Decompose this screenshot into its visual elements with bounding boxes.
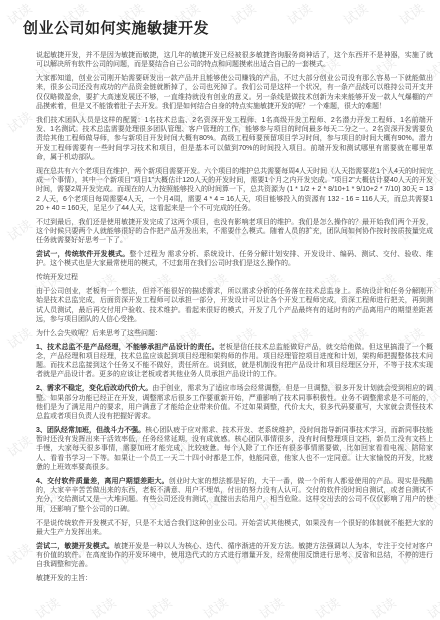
document-page: 试读试读试读试读试读试读试读试读试读试读试读试读试读试读试读试读试读试读试读试读…	[0, 0, 440, 620]
paragraph-lead: 4、交付软件质量差，离用户期望差距大。	[36, 478, 169, 485]
page-title: 创业公司如何实施敏捷开发	[23, 17, 432, 38]
paragraph-text: 不是说传统软件开发模式不好，只是不太适合我们这种创业公司。开始尝试其他模式，如果…	[36, 520, 433, 536]
paragraph-text: 我们技术团队人员是这样的配置：1名技术总监、2名资深开发工程师、1名高级开发工程…	[36, 117, 433, 161]
paragraph: 不过到最后，我们还是使用敏捷开发完成了这两个项目，也没有影响老项目的维护。我们是…	[36, 218, 433, 246]
paragraph-text: 不过到最后，我们还是使用敏捷开发完成了这两个项目，也没有影响老项目的维护。我们是…	[36, 219, 433, 245]
watermark-text: 试读	[3, 106, 35, 136]
paragraph: 尝试二，敏捷开发模式。敏捷开发是一种以人为核心、迭代、循序渐进的开发方法。敏捷方…	[36, 542, 433, 570]
watermark-text: 试读	[311, 592, 343, 620]
paragraph: 大家都知道，创业公司刚开始需要研发出一款产品并且能够使公司赚钱的产品，不过大部分…	[36, 74, 433, 111]
watermark-text: 试读	[3, 538, 35, 568]
paragraph: 传统开发过程	[36, 273, 433, 282]
paragraph-text: 由于公司创业，老板有一个想法，但并不能很好的描述需求，所以需求分析的任务落在技术…	[36, 288, 433, 323]
paragraph: 为什么会失败呢？后来思考了这些问题：	[36, 329, 433, 338]
watermark-text: 试读	[199, 592, 231, 620]
paragraph: 我们技术团队人员是这样的配置：1名技术总监、2名资深开发工程师、1名高级开发工程…	[36, 116, 433, 162]
paragraph-lead: 尝试一，传统软件开发模式。	[36, 251, 129, 258]
watermark-text: 试读	[3, 214, 35, 244]
watermark-text: 试读	[3, 430, 35, 460]
watermark-text: 试读	[143, 592, 175, 620]
paragraph: 不是说传统软件开发模式不好，只是不太适合我们这种创业公司。开始尝试其他模式，如果…	[36, 519, 433, 538]
paragraph: 现在总共有六个老项目在维护，两个新项目需要开发。六个项目的维护总共需要每周4人天…	[36, 167, 433, 213]
paragraph: 尝试一，传统软件开发模式。整个过程为 需求分析、系统设计、任务分解计划安排、开发…	[36, 250, 433, 269]
paragraph: 2、需求不稳定，变化后改动代价大。由于创业，需求为了适应市场会经常调整，但是一旦…	[36, 384, 433, 421]
watermark-text: 试读	[87, 592, 119, 620]
paragraph-lead: 尝试二，敏捷开发模式。	[36, 543, 114, 550]
paragraph: 3、团队经常加班，但战斗力不强。核心团队疲于应对需求、技术开发、老系统维护，没时…	[36, 426, 433, 472]
document-body: 说起敏捷开发，并不是因为敏捷而敏捷，这几年的敏捷开发已经被很多敏捷咨询服务商神话…	[36, 51, 433, 583]
watermark-text: 试读	[31, 592, 63, 620]
paragraph: 敏捷开发的主旨：	[36, 574, 433, 583]
paragraph-text: 说起敏捷开发，并不是因为敏捷而敏捷，这几年的敏捷开发已经被很多敏捷咨询服务商神话…	[36, 52, 433, 68]
watermark-text: 试读	[255, 592, 287, 620]
watermark-text: 试读	[3, 322, 35, 352]
paragraph: 4、交付软件质量差，离用户期望差距大。创业时大家的想法都是好的，大干一番，做一个…	[36, 477, 433, 514]
paragraph-text: 敏捷开发的主旨：	[36, 575, 92, 582]
paragraph-text: 现在总共有六个老项目在维护，两个新项目需要开发。六个项目的维护总共需要每周4人天…	[36, 168, 433, 212]
watermark-text: 试读	[423, 592, 440, 620]
paragraph-lead: 2、需求不稳定，变化后改动代价大。	[36, 385, 152, 392]
paragraph-text: 大家都知道，创业公司刚开始需要研发出一款产品并且能够使公司赚钱的产品，不过大部分…	[36, 75, 433, 110]
watermark-text: 试读	[367, 592, 399, 620]
paragraph-lead: 3、团队经常加班，但战斗力不强。	[36, 427, 145, 434]
paragraph: 由于公司创业，老板有一个想法，但并不能很好的描述需求，所以需求分析的任务落在技术…	[36, 287, 433, 324]
paragraph-text: 为什么会失败呢？后来思考了这些问题：	[36, 330, 162, 337]
paragraph-lead: 1、技术总监不是产品经理，不能够承担产品设计的责任。	[36, 344, 219, 351]
paragraph-text: 传统开发过程	[36, 274, 78, 281]
paragraph: 1、技术总监不是产品经理，不能够承担产品设计的责任。老板是信任技术总监能做好产品…	[36, 343, 433, 380]
paragraph: 说起敏捷开发，并不是因为敏捷而敏捷，这几年的敏捷开发已经被很多敏捷咨询服务商神话…	[36, 51, 433, 70]
